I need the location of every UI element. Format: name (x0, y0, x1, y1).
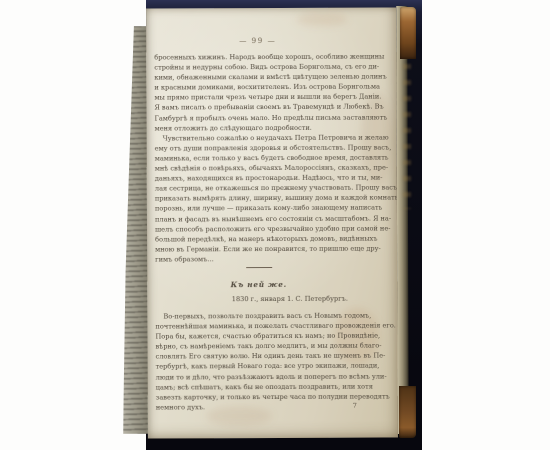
text-line: цамъ; всѣ спѣшатъ, какъ бы не опоздать п… (156, 381, 363, 392)
text-line: гимъ образомъ... (155, 253, 362, 264)
text-line: немного духъ. (156, 401, 363, 412)
spine-gilt-streak (403, 64, 411, 209)
book-photograph: — 99 — бросенныхъ хижинъ. Народъ вообще … (0, 0, 550, 450)
foxing-stain (296, 13, 348, 26)
letter-paragraph-1: бросенныхъ хижинъ. Народъ вообще хорошъ,… (154, 52, 361, 134)
letter-dateline: 1830 г., января 1. С. Петербургъ. (155, 295, 362, 304)
letter-paragraph-3: Во-первыхъ, позвольте поздравить васъ съ… (155, 311, 362, 413)
text-line: завезть карточку, и только въ четыре час… (156, 391, 363, 402)
text-line: Я вамъ писалъ о пребываніи своемъ въ Тра… (154, 102, 361, 113)
text-line: тербургѣ, какъ первый Новаго года: все у… (156, 361, 363, 372)
text-line: большой передѣлкѣ, на манеръ нѣкоторыхъ … (155, 233, 362, 244)
book-spine-leather-top (400, 7, 416, 59)
text-line: люди то и дѣло, что разъѣзжаютъ вдоль и … (156, 371, 363, 382)
letter-heading: Къ ней же. (155, 280, 362, 290)
photo-area: — 99 — бросенныхъ хижинъ. Народъ вообще … (118, 0, 425, 450)
page-content: — 99 — бросенныхъ хижинъ. Народъ вообще … (154, 36, 363, 413)
text-line: мною въ Германіи. Если же не понравится,… (155, 243, 362, 254)
text-line: планъ и фасадъ въ нынѣшнемъ его состояні… (155, 213, 362, 224)
text-line: шелъ способъ расположить его чрезвычайно… (155, 223, 362, 234)
book-spine-leather-bottom (399, 386, 416, 438)
printer-signature-mark: 7 (353, 402, 357, 410)
letter-paragraph-2: Чувствительно сожалѣю о неудачахъ Петра … (155, 132, 363, 264)
text-line: Чувствительно сожалѣю о неудачахъ Петра … (155, 132, 362, 143)
text-line: Гамбургѣ я пробылъ очень мало. Но предѣл… (155, 112, 362, 123)
page-number: — 99 — (154, 36, 361, 46)
section-divider-rule (246, 267, 272, 268)
stacked-page-edges (123, 26, 149, 434)
text-line: порознь, или лучше — приказать кому-либо… (155, 203, 362, 214)
book-page: — 99 — бросенныхъ хижинъ. Народъ вообще … (146, 7, 398, 438)
